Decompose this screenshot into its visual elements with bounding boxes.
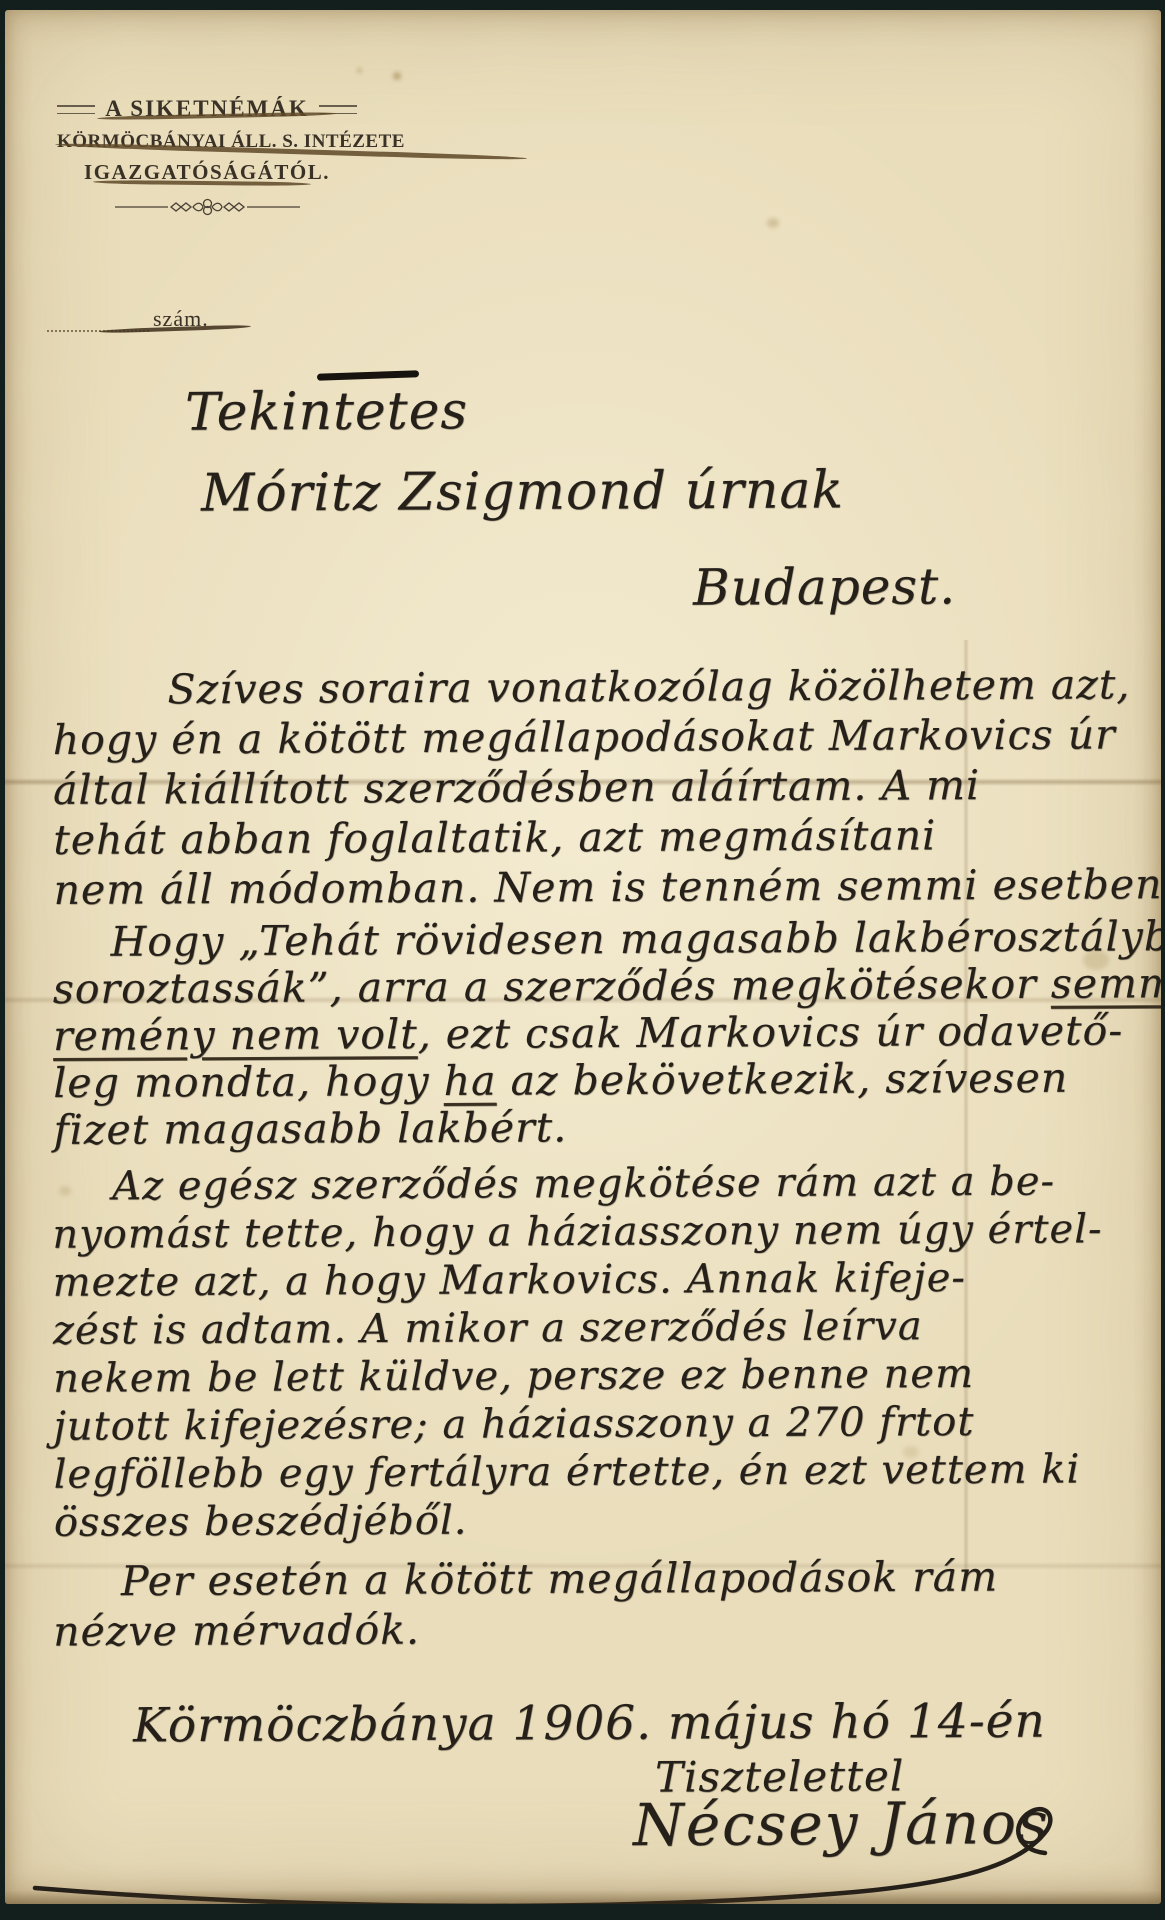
handwritten-line: összes beszédjéből. [54, 1493, 1104, 1546]
handwritten-text: nézve mérvadók. [53, 1606, 420, 1656]
handwritten-line: Hogy „Tehát rövidesen magasabb lakbérosz… [110, 913, 1161, 966]
handwritten-line: által kiállított szerződésben aláírtam. … [53, 759, 1161, 815]
handwritten-line: legföllebb egy fertályra értette, én ezt… [54, 1445, 1104, 1498]
underlined-text: semmi [1051, 959, 1161, 1008]
handwritten-line: soroztassák”, arra a szerződés megkötése… [53, 960, 1161, 1013]
signature-flourish [5, 1770, 1161, 1904]
handwritten-text: fizet magasabb lakbért. [53, 1103, 567, 1154]
handwritten-line: Per esetén a kötött megállapodások rám [121, 1552, 998, 1607]
handwritten-line: tehát abban foglaltatik, azt megmásítani [53, 809, 1161, 865]
handwritten-text: hogy én a kötött megállapodásokat Markov… [53, 710, 1116, 764]
age-spot [393, 72, 401, 80]
handwritten-text: mezte azt, a hogy Markovics. Annak kifej… [53, 1255, 966, 1306]
handwritten-line: hogy én a kötött megállapodásokat Markov… [53, 709, 1161, 765]
paragraph-1: Szíves soraira vonatkozólag közölhetem a… [52, 659, 1161, 915]
paper-bottom-edge [5, 1890, 1161, 1904]
handwritten-text: Az egész szerződés megkötése rám azt a b… [112, 1159, 1055, 1210]
handwritten-line: remény nem volt, ezt csak Markovics úr o… [53, 1007, 1161, 1060]
handwritten-text: leg mondta, hogy [53, 1057, 444, 1107]
handwritten-text: Szíves soraira vonatkozólag közölhetem a… [167, 660, 1130, 713]
paragraph-4: Per esetén a kötött megállapodások rámné… [53, 1552, 999, 1657]
handwritten-text: soroztassák”, arra a szerződés megkötése… [53, 960, 1051, 1013]
ink-mark [317, 370, 419, 381]
age-spot [767, 218, 779, 228]
handwritten-text: , ezt csak Markovics úr odavető- [417, 1006, 1123, 1058]
handwritten-line: leg mondta, hogy ha az bekövetkezik, szí… [53, 1054, 1161, 1107]
handwritten-text: nyomást tette, hogy a háziasszony nem úg… [52, 1206, 1102, 1257]
salutation: Tekintetes [185, 381, 468, 442]
addressee-city: Budapest. [693, 557, 956, 616]
handwritten-text: nekem be lett küldve, persze ez benne ne… [53, 1351, 974, 1402]
paragraph-3: Az egész szerződés megkötése rám azt a b… [52, 1157, 1104, 1546]
handwritten-text: tehát abban foglaltatik, azt megmásítani [53, 811, 936, 864]
letterhead-left-rule [57, 105, 95, 114]
handwritten-line: mezte azt, a hogy Markovics. Annak kifej… [53, 1253, 1103, 1306]
dateline: Körmöczbánya 1906. május hó 14-én [133, 1694, 1046, 1754]
handwritten-text: az bekövetkezik, szívesen [496, 1054, 1068, 1105]
age-spot [357, 68, 362, 73]
underlined-text: remény nem volt [53, 1010, 418, 1060]
handwritten-text: Per esetén a kötött megállapodások rám [121, 1553, 998, 1606]
handwritten-line: Az egész szerződés megkötése rám azt a b… [112, 1157, 1102, 1210]
handwritten-line: nem áll módomban. Nem is tenném semmi es… [53, 859, 1161, 915]
handwritten-line: nekem be lett küldve, persze ez benne ne… [53, 1349, 1103, 1402]
scan-background: A SIKETNÉMÁK KÖRMÖCBÁNYAI ÁLL. S. INTÉZE… [0, 0, 1165, 1920]
handwritten-line: jutott kifejezésre; a háziasszony a 270 … [53, 1397, 1103, 1450]
handwritten-line: fizet magasabb lakbért. [53, 1101, 1161, 1154]
addressee: Móritz Zsigmond úrnak [201, 460, 844, 523]
ornament-divider [115, 197, 300, 217]
handwritten-line: nézve mérvadók. [53, 1602, 998, 1657]
underlined-text: ha [444, 1057, 497, 1105]
handwritten-line: zést is adtam. A mikor a szerződés leírv… [53, 1301, 1103, 1354]
handwritten-text: legföllebb egy fertályra értette, én ezt… [54, 1446, 1081, 1497]
letter-paper: A SIKETNÉMÁK KÖRMÖCBÁNYAI ÁLL. S. INTÉZE… [5, 10, 1161, 1904]
handwritten-line: nyomást tette, hogy a háziasszony nem úg… [52, 1205, 1102, 1258]
paragraph-2: Hogy „Tehát rövidesen magasabb lakbérosz… [52, 913, 1161, 1154]
handwritten-text: által kiállított szerződésben aláírtam. … [53, 761, 980, 814]
handwritten-line: Szíves soraira vonatkozólag közölhetem a… [167, 659, 1161, 714]
handwritten-text: Hogy „Tehát rövidesen magasabb lakbérosz… [110, 912, 1161, 966]
handwritten-text: jutott kifejezésre; a háziasszony a 270 … [53, 1399, 974, 1450]
handwritten-text: összes beszédjéből. [54, 1498, 468, 1546]
handwritten-text: zést is adtam. A mikor a szerződés leírv… [53, 1303, 923, 1354]
handwritten-text: nem áll módomban. Nem is tenném semmi es… [53, 860, 1161, 914]
